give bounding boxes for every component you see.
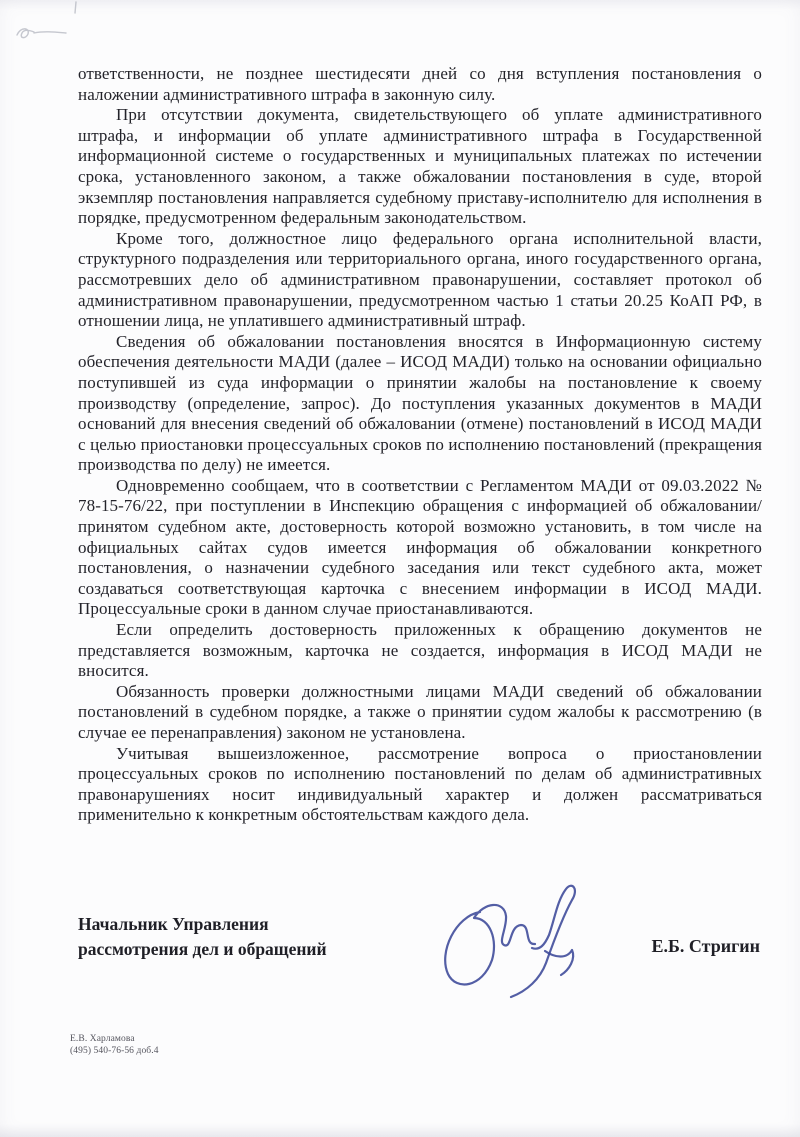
signature-block: Начальник Управления рассмотрения дел и … [78, 912, 760, 962]
executor-phone: (495) 540-76-56 доб.4 [70, 1045, 159, 1057]
executor-info: Е.В. Харламова (495) 540-76-56 доб.4 [70, 1033, 159, 1057]
paragraph: Если определить достоверность приложенны… [78, 620, 762, 682]
scanned-letter-page: ответственности, не позднее шестидесяти … [0, 0, 800, 1137]
pencil-scribble-mark [10, 0, 120, 50]
letter-body: ответственности, не позднее шестидесяти … [78, 64, 762, 826]
paragraph: Обязанность проверки должностными лицами… [78, 682, 762, 744]
signer-position-line2: рассмотрения дел и обращений [78, 937, 327, 962]
signer-position-title: Начальник Управления рассмотрения дел и … [78, 912, 327, 962]
paragraph: ответственности, не позднее шестидесяти … [78, 64, 762, 105]
signer-name: Е.Б. Стригин [651, 936, 760, 957]
executor-name: Е.В. Харламова [70, 1033, 159, 1045]
paragraph: При отсутствии документа, свидетельствую… [78, 105, 762, 229]
paragraph: Сведения об обжаловании постановления вн… [78, 332, 762, 476]
paragraph: Одновременно сообщаем, что в соответстви… [78, 476, 762, 620]
paragraph: Кроме того, должностное лицо федеральног… [78, 229, 762, 332]
signer-position-line1: Начальник Управления [78, 912, 327, 937]
paragraph: Учитывая вышеизложенное, рассмотрение во… [78, 744, 762, 826]
